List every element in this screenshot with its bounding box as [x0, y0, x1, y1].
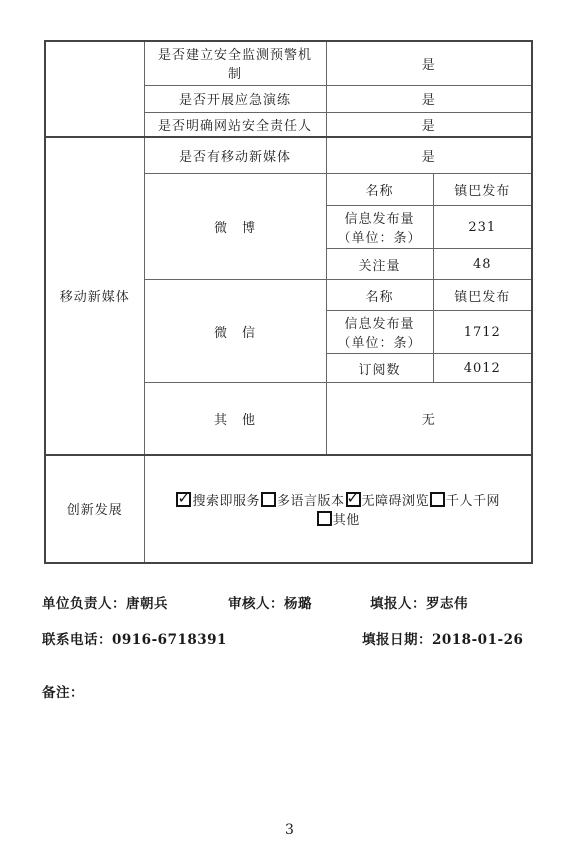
phone-field: 联系电话：0916-6718391: [42, 628, 227, 648]
answer-monitor-warning: 是: [326, 41, 532, 85]
wechat-subscribers-label: 订阅数: [326, 354, 433, 383]
page-number: 3: [0, 822, 579, 838]
checkbox-icon: [346, 492, 361, 507]
question-security-officer: 是否明确网站安全责任人: [144, 112, 326, 137]
table-row: 是否建立安全监测预警机制 是: [45, 41, 532, 85]
report-table: 是否建立安全监测预警机制 是 是否开展应急演练 是 是否明确网站安全责任人 是 …: [44, 40, 533, 564]
weibo-label: 微 博: [144, 174, 326, 280]
weibo-volume-label: 信息发布量（单位：条）: [326, 206, 433, 249]
other-media-label: 其 他: [144, 383, 326, 455]
innovation-options: 搜索即服务多语言版本无障碍浏览千人千网其他: [144, 455, 532, 563]
checkbox-icon: [317, 511, 332, 526]
weibo-name-label: 名称: [326, 174, 433, 206]
question-emergency-drill: 是否开展应急演练: [144, 85, 326, 112]
section-label-empty: [45, 41, 144, 137]
question-monitor-warning: 是否建立安全监测预警机制: [144, 41, 326, 85]
contact-line: 联系电话：0916-6718391 填报日期：2018-01-26: [0, 628, 579, 648]
table-row: 移动新媒体 是否有移动新媒体 是: [45, 137, 532, 174]
reviewer-field: 审核人：杨璐: [228, 592, 312, 612]
report-page: 是否建立安全监测预警机制 是 是否开展应急演练 是 是否明确网站安全责任人 是 …: [0, 0, 579, 866]
signature-line: 单位负责人：唐朝兵 审核人：杨璐 填报人：罗志伟: [0, 592, 579, 612]
wechat-volume-value: 1712: [433, 311, 532, 354]
checkbox-icon: [176, 492, 191, 507]
innovation-option: 搜索即服务: [175, 494, 260, 509]
weibo-volume-value: 231: [433, 206, 532, 249]
innovation-option: 无障碍浏览: [345, 494, 430, 509]
wechat-volume-label: 信息发布量（单位：条）: [326, 311, 433, 354]
checkbox-icon: [261, 492, 276, 507]
question-has-mobile-media: 是否有移动新媒体: [144, 137, 326, 174]
weibo-followers-label: 关注量: [326, 249, 433, 280]
wechat-name-value: 镇巴发布: [433, 280, 532, 311]
unit-head-field: 单位负责人：唐朝兵: [42, 592, 168, 612]
answer-emergency-drill: 是: [326, 85, 532, 112]
checkbox-icon: [430, 492, 445, 507]
section-label-innovation: 创新发展: [45, 455, 144, 563]
filler-field: 填报人：罗志伟: [370, 592, 468, 612]
weibo-followers-value: 48: [433, 249, 532, 280]
other-media-value: 无: [326, 383, 532, 455]
wechat-label: 微 信: [144, 280, 326, 383]
answer-security-officer: 是: [326, 112, 532, 137]
innovation-option: 其他: [316, 513, 360, 528]
innovation-option: 多语言版本: [260, 494, 345, 509]
table-row: 创新发展 搜索即服务多语言版本无障碍浏览千人千网其他: [45, 455, 532, 563]
date-field: 填报日期：2018-01-26: [362, 628, 523, 648]
innovation-option: 千人千网: [429, 494, 500, 509]
wechat-name-label: 名称: [326, 280, 433, 311]
remark-label: 备注：: [42, 681, 84, 701]
answer-has-mobile-media: 是: [326, 137, 532, 174]
wechat-subscribers-value: 4012: [433, 354, 532, 383]
section-label-mobile-media: 移动新媒体: [45, 137, 144, 455]
weibo-name-value: 镇巴发布: [433, 174, 532, 206]
